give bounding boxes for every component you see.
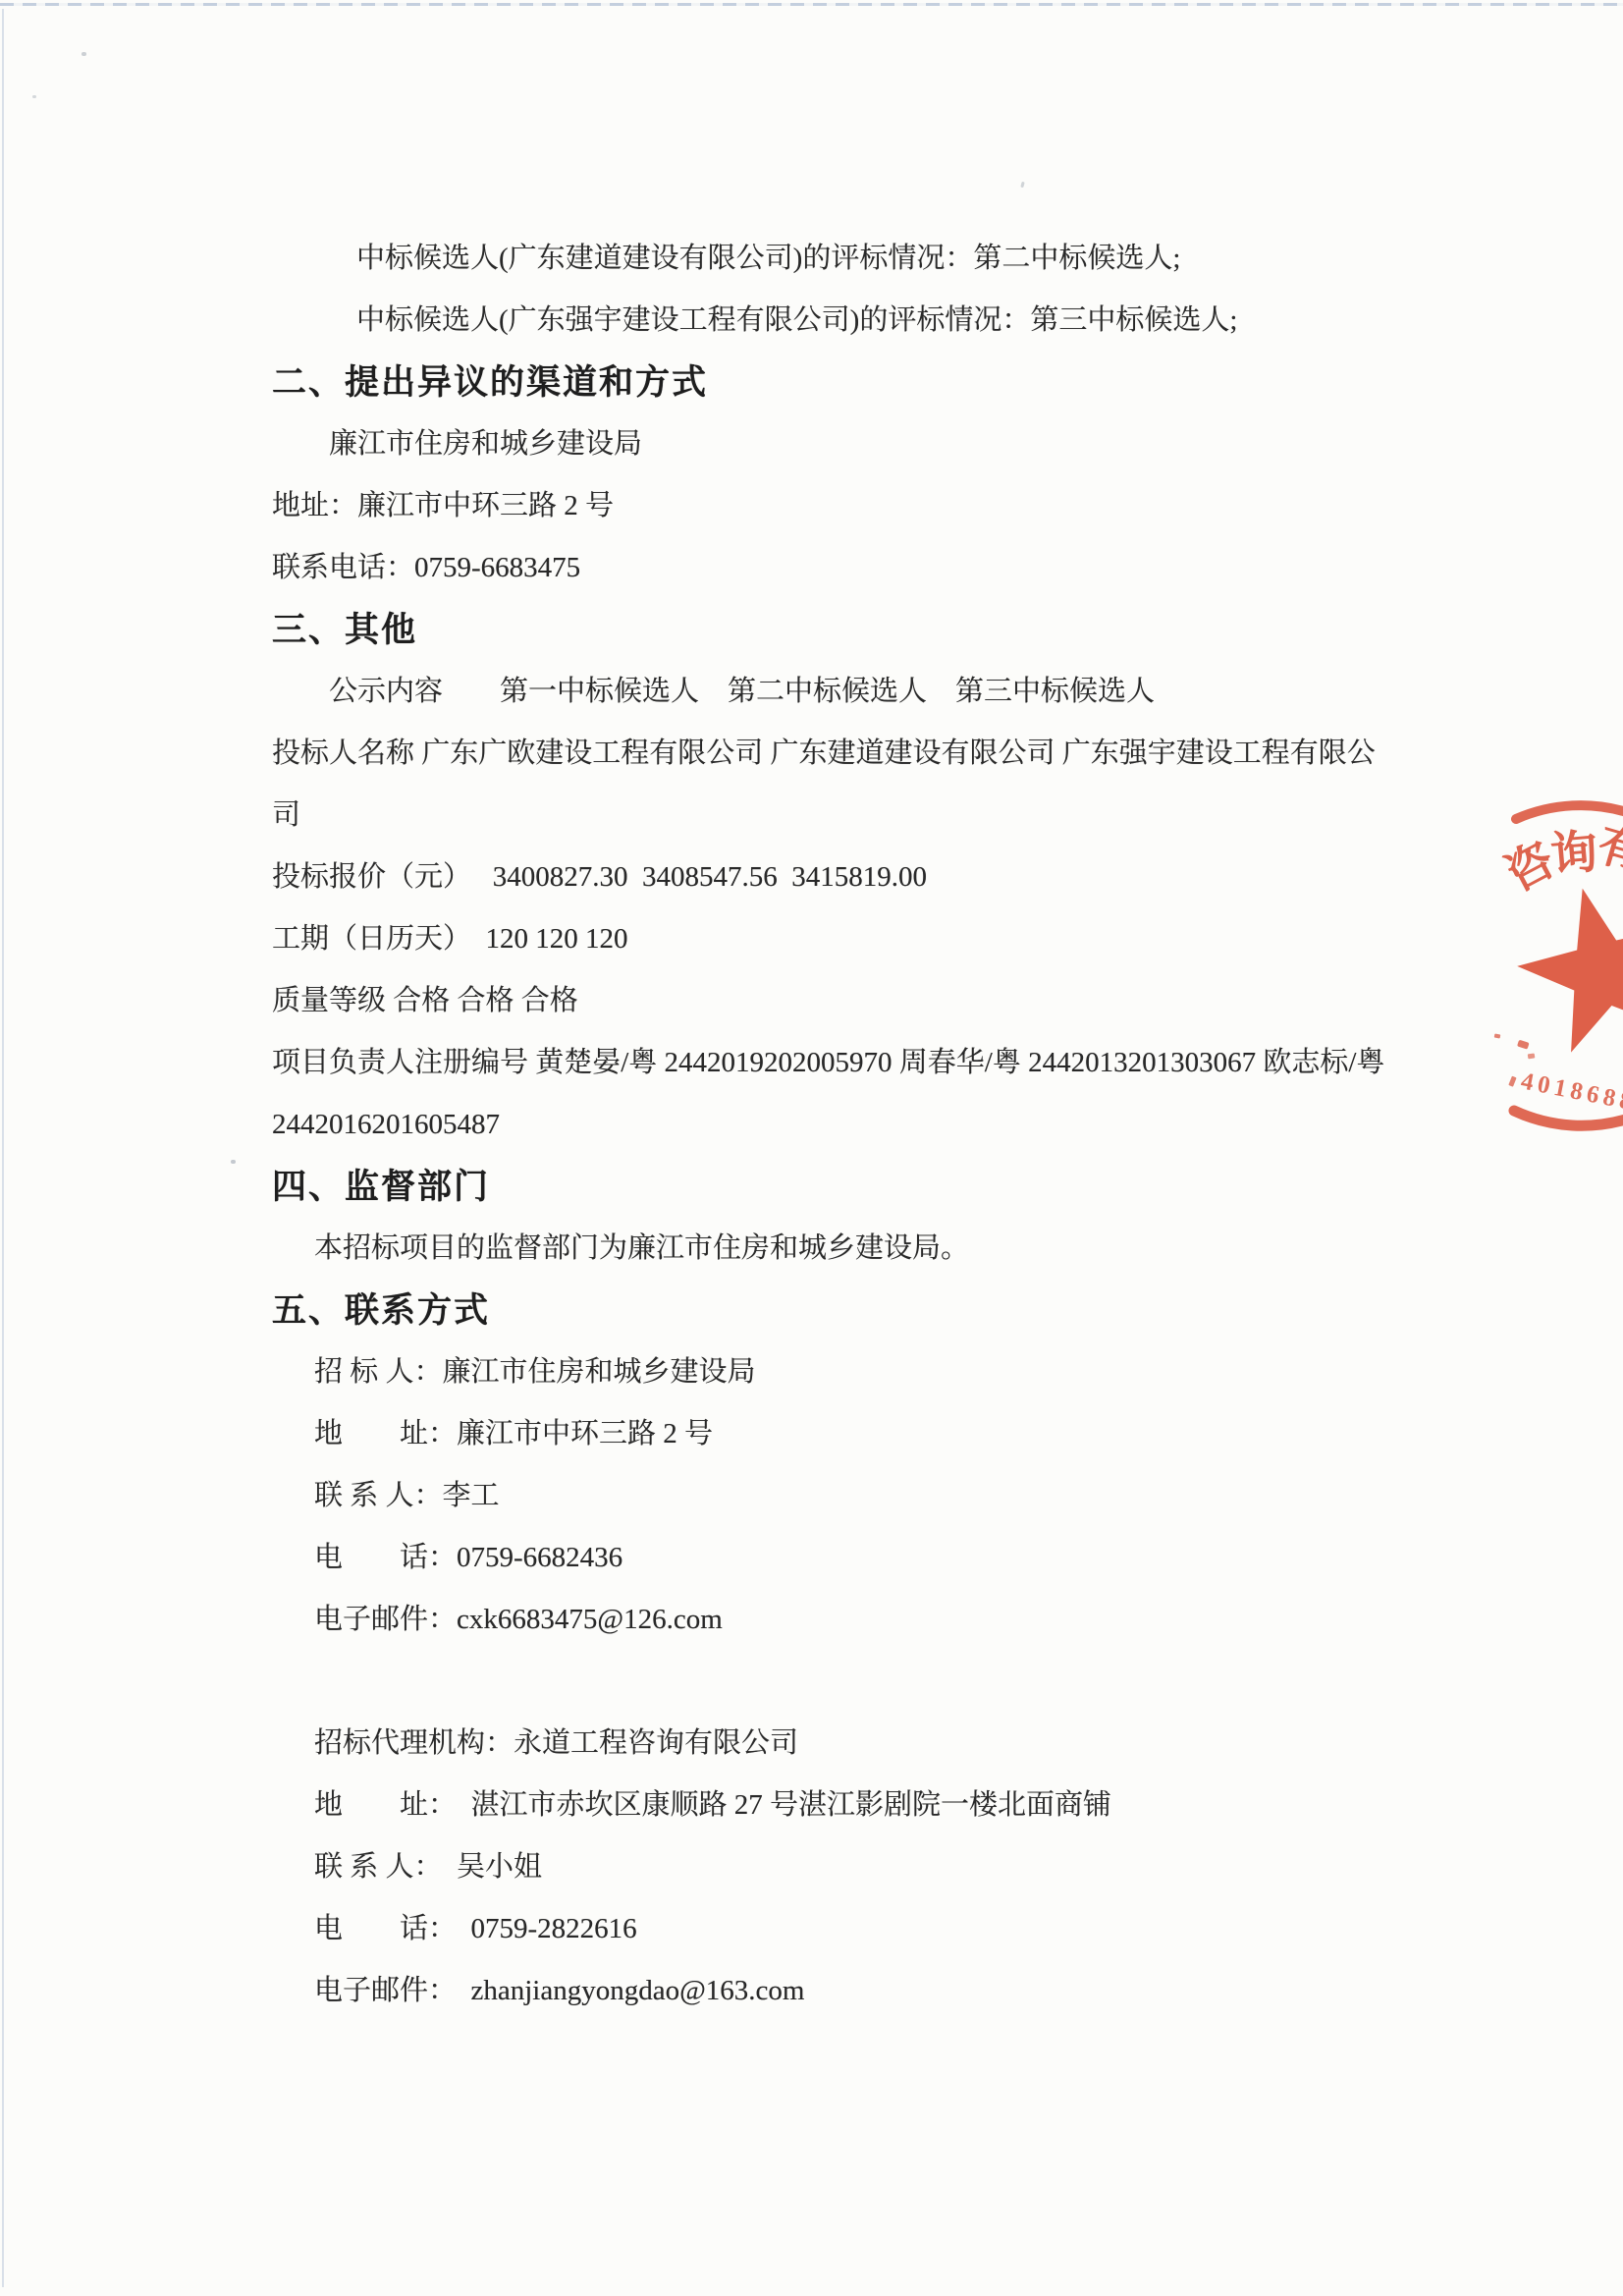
tenderer-phone: 电 话：0759-6682436: [272, 1527, 1381, 1589]
scanner-top-edge-line: [0, 3, 1623, 6]
section-3-heading: 三、其他: [272, 599, 1381, 661]
agency-name: 招标代理机构：永道工程咨询有限公司: [272, 1713, 1381, 1775]
section-4-heading: 四、监督部门: [272, 1156, 1381, 1218]
agency-address: 地 址： 湛江市赤坎区康顺路 27 号湛江影剧院一楼北面商铺: [272, 1775, 1381, 1836]
supervision-note: 本招标项目的监督部门为廉江市住房和城乡建设局。: [272, 1218, 1381, 1280]
quality-grade-row: 质量等级 合格 合格 合格: [272, 970, 1381, 1032]
agency-phone: 电 话： 0759-2822616: [272, 1898, 1381, 1960]
publicity-content-row: 公示内容 第一中标候选人 第二中标候选人 第三中标候选人: [272, 661, 1381, 723]
tenderer-contact: 联 系 人：李工: [272, 1465, 1381, 1527]
duration-row: 工期（日历天） 120 120 120: [272, 908, 1381, 970]
stamp-char-mid: 询: [1548, 826, 1599, 882]
bidder-names-row-wrap: 司: [272, 785, 1381, 847]
scan-speck: [81, 52, 86, 56]
objection-address: 地址：廉江市中环三路 2 号: [272, 475, 1381, 537]
objection-organization: 廉江市住房和城乡建设局: [272, 413, 1381, 475]
scan-speck: [231, 1160, 236, 1164]
blank-line: [272, 1651, 1381, 1713]
agency-email: 电子邮件： zhanjiangyongdao@163.com: [272, 1960, 1381, 2022]
stamp-bottom-arc: [1514, 1111, 1623, 1125]
document-body: 中标候选人(广东建道建设有限公司)的评标情况：第二中标候选人;中标候选人(广东强…: [272, 228, 1381, 2022]
scan-speck: [32, 95, 36, 98]
scan-speck: [1020, 182, 1024, 189]
tenderer-email: 电子邮件：cxk6683475@126.com: [272, 1589, 1381, 1651]
bid-price-row: 投标报价（元） 3400827.30 3408547.56 3415819.00: [272, 847, 1381, 908]
scanner-left-edge-line: [2, 9, 4, 2287]
section-5-heading: 五、联系方式: [272, 1280, 1381, 1341]
objection-phone: 联系电话：0759-6683475: [272, 537, 1381, 599]
pm-registration-row-wrap: 2442016201605487: [272, 1094, 1381, 1156]
red-seal-stamp: 咨 询 有 4018688: [1473, 776, 1623, 1169]
tenderer-name: 招 标 人：廉江市住房和城乡建设局: [272, 1341, 1381, 1403]
pm-registration-row: 项目负责人注册编号 黄楚晏/粤 2442019202005970 周春华/粤 2…: [272, 1032, 1381, 1094]
tenderer-address: 地 址：廉江市中环三路 2 号: [272, 1403, 1381, 1465]
stamp-serial-number: 4018688: [1519, 1067, 1623, 1116]
candidate-eval-note-2: 中标候选人(广东建道建设有限公司)的评标情况：第二中标候选人;: [272, 228, 1381, 290]
scanned-document-page: 中标候选人(广东建道建设有限公司)的评标情况：第二中标候选人;中标候选人(广东强…: [0, 0, 1623, 2296]
candidate-eval-note-3: 中标候选人(广东强宇建设工程有限公司)的评标情况：第三中标候选人;: [272, 290, 1381, 352]
stamp-top-arc: [1516, 805, 1623, 819]
agency-contact: 联 系 人： 吴小姐: [272, 1836, 1381, 1898]
section-2-heading: 二、提出异议的渠道和方式: [272, 352, 1381, 413]
bidder-names-row: 投标人名称 广东广欧建设工程有限公司 广东建道建设有限公司 广东强宇建设工程有限…: [272, 723, 1381, 785]
